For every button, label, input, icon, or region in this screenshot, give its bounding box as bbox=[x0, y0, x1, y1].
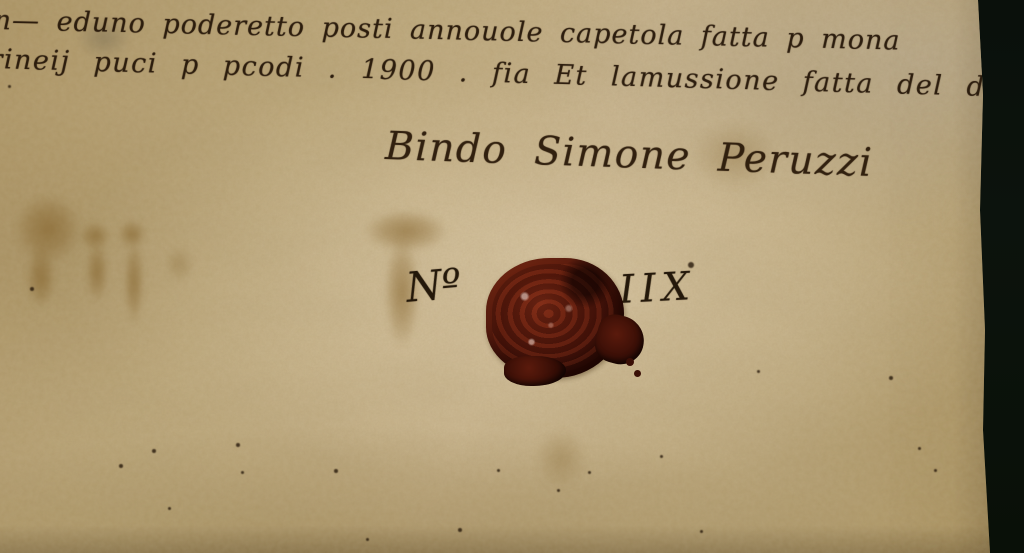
stain-faint-below-seal bbox=[534, 428, 588, 488]
fly-speck bbox=[918, 447, 921, 450]
fly-speck bbox=[334, 469, 338, 473]
fly-speck bbox=[236, 443, 240, 447]
fly-speck bbox=[588, 471, 591, 474]
parchment-sheet: n— eduno poderetto posti annouole capeto… bbox=[0, 0, 1024, 553]
fly-speck bbox=[497, 469, 500, 472]
wax-seal-bump-bottom bbox=[504, 356, 566, 386]
fly-speck bbox=[119, 464, 123, 468]
manuscript-photo: n— eduno poderetto posti annouole capeto… bbox=[0, 0, 1024, 553]
stain-drip-1-body bbox=[86, 242, 108, 302]
stain-blotch-tail bbox=[26, 246, 56, 308]
fly-speck bbox=[889, 376, 893, 380]
fly-speck bbox=[934, 469, 937, 472]
fly-speck bbox=[557, 489, 560, 492]
fly-speck bbox=[8, 85, 11, 88]
photo-backing-edge bbox=[964, 0, 1024, 553]
seal-annotation-right: IIX bbox=[618, 264, 697, 313]
fly-speck bbox=[366, 538, 369, 541]
fly-speck bbox=[700, 530, 703, 533]
fly-speck bbox=[757, 370, 760, 373]
stain-drip-2-body bbox=[124, 240, 144, 324]
ink-speck bbox=[688, 262, 694, 268]
signature-line: Bindo Simone Peruzzi bbox=[384, 124, 874, 186]
wax-crumb bbox=[626, 358, 634, 366]
fly-speck bbox=[152, 449, 156, 453]
seal-annotation-left: Nº bbox=[404, 259, 463, 312]
fly-speck bbox=[168, 507, 171, 510]
fly-speck bbox=[660, 455, 663, 458]
fly-speck bbox=[30, 287, 34, 291]
fly-speck bbox=[458, 528, 462, 532]
stain-faint-left bbox=[164, 246, 194, 282]
wax-crumb bbox=[634, 370, 641, 377]
fly-speck bbox=[241, 471, 244, 474]
